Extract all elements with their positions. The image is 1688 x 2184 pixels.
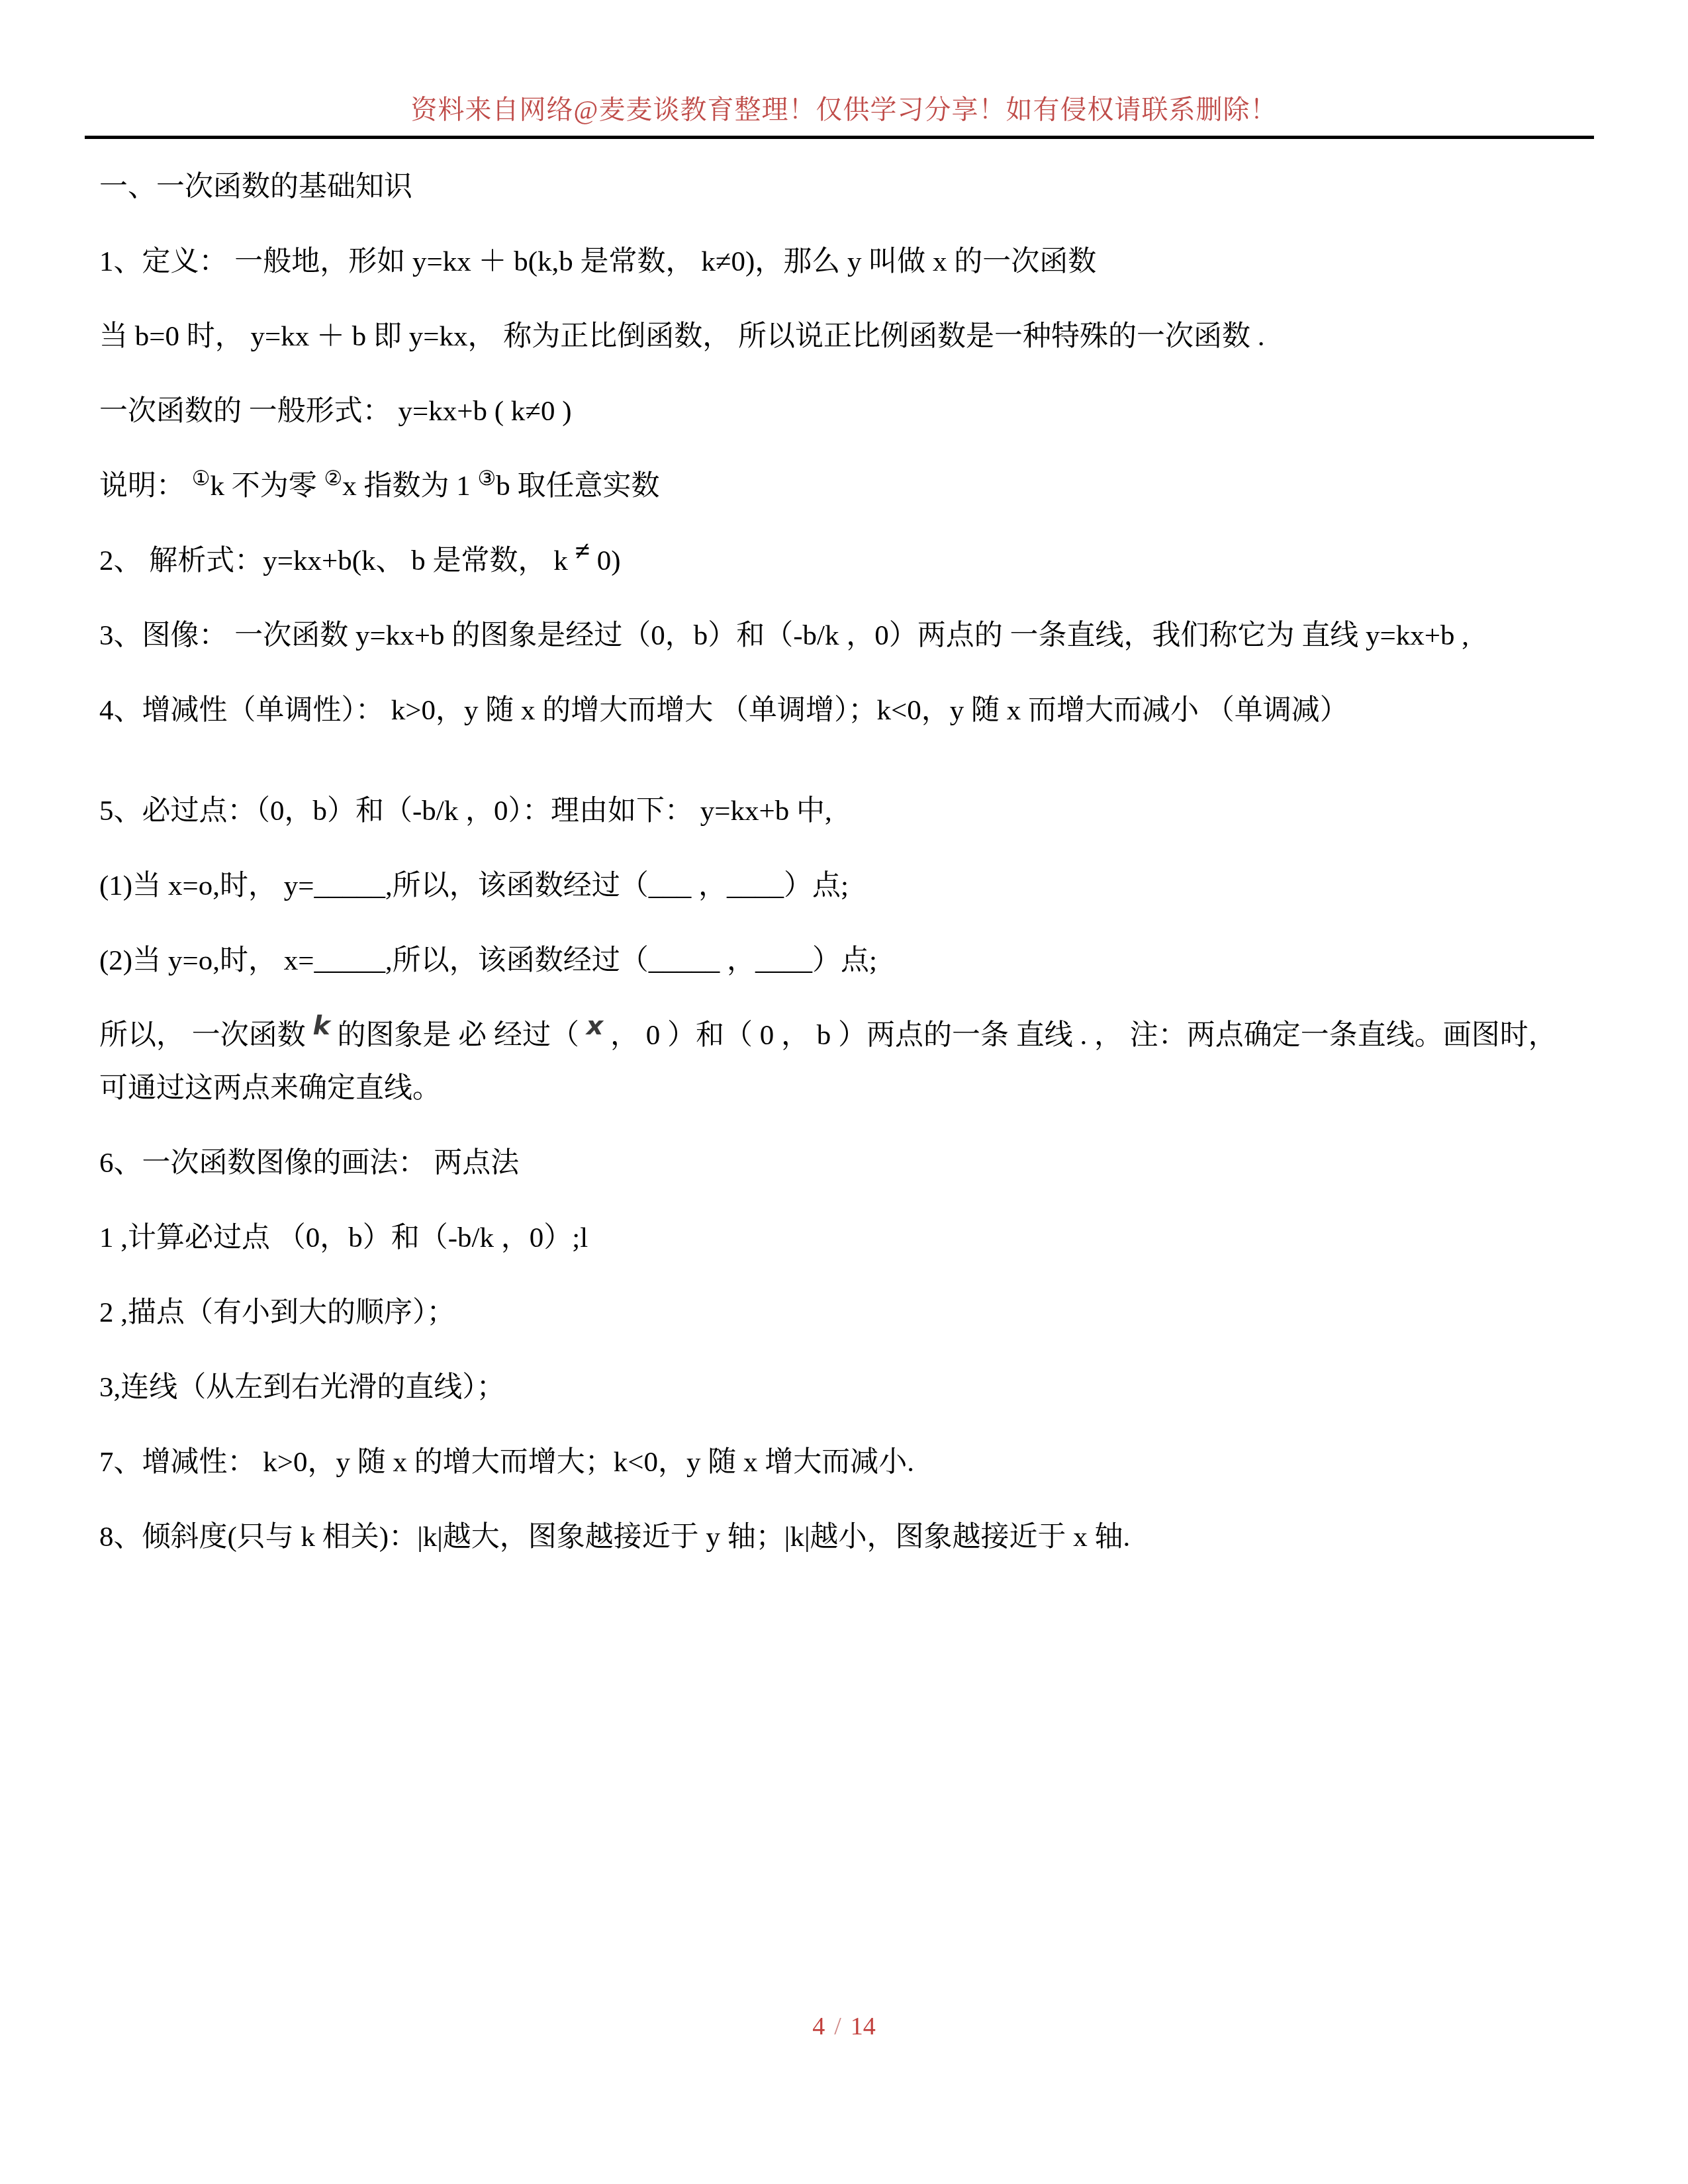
variable-k-formula: k [313,1011,330,1041]
notes-item-1: k 不为零 [211,471,324,502]
paragraph-special-case: 当 b=0 时， y=kx ＋ b 即 y=kx， 称为正比倒函数， 所以说正比… [99,310,1575,363]
paragraph-slope: 8、倾斜度(只与 k 相关)：|k|越大，图象越接近于 y 轴；|k|越小，图象… [99,1511,1575,1564]
analytic-prefix: 2、 解析式：y=kx+b(k、 b 是常数， k [99,545,575,576]
circled-one-marker: ① [192,467,211,490]
paragraph-case2: (2)当 y=o,时， x=_____,所以，该函数经过（_____ ，____… [99,934,1575,987]
paragraph-definition: 1、定义： 一般地，形如 y=kx ＋ b(k,b 是常数， k≠0)，那么 y… [99,236,1575,289]
page-separator: / [825,2013,851,2040]
paragraph-monotonicity2: 7、增减性： k>0，y 随 x 的增大而增大；k<0，y 随 x 增大而减小. [99,1436,1575,1489]
paragraph-case1: (1)当 x=o,时， y=_____,所以，该函数经过（___ ，____）点… [99,860,1575,913]
conclusion-middle: 的图象是 必 经过（ [330,1020,586,1051]
paragraph-conclusion: 所以， 一次函数 k 的图象是 必 经过（ x ， 0 ）和（ 0 ， b ）两… [99,1009,1575,1115]
analytic-suffix: 0) [590,545,621,576]
document-body: 一、一次函数的基础知识 1、定义： 一般地，形如 y=kx ＋ b(k,b 是常… [99,161,1575,1586]
paragraph-step1: 1 ,计算必过点 （0，b）和（-b/k ，0）;l [99,1212,1575,1265]
paragraph-drawing-method: 6、一次函数图像的画法： 两点法 [99,1137,1575,1190]
total-pages: 14 [851,2013,876,2040]
paragraph-fixed-points: 5、必过点：（0，b）和（-b/k ，0）：理由如下： y=kx+b 中, [99,785,1575,838]
paragraph-step2: 2 ,描点（有小到大的顺序）； [99,1287,1575,1340]
page-footer: 4/14 [0,2012,1688,2041]
notes-item-2: x 指数为 1 [342,471,477,502]
paragraph-analytic-expression: 2、 解析式：y=kx+b(k、 b 是常数， k ≠ 0) [99,535,1575,588]
circled-three-marker: ③ [478,467,496,490]
paragraph-step3: 3,连线（从左到右光滑的直线）； [99,1361,1575,1414]
paragraph-graph: 3、图像： 一次函数 y=kx+b 的图象是经过（0，b）和（-b/k ，0）两… [99,610,1575,662]
notes-item-3: b 取任意实数 [496,471,659,502]
page-number: 4 [812,2013,825,2040]
conclusion-prefix: 所以， 一次函数 [99,1020,313,1051]
circled-two-marker: ② [324,467,343,490]
document-page: 资料来自网络@麦麦谈教育整理！仅供学习分享！如有侵权请联系删除！ 一、一次函数的… [0,0,1688,2184]
paragraph-monotonicity: 4、增减性（单调性）： k>0，y 随 x 的增大而增大 （单调增）；k<0，y… [99,684,1575,737]
notes-prefix: 说明： [99,471,192,502]
header-notice: 资料来自网络@麦麦谈教育整理！仅供学习分享！如有侵权请联系删除！ [0,91,1688,128]
paragraph-notes: 说明： ①k 不为零 ②x 指数为 1 ③b 取任意实数 [99,460,1575,513]
not-equal-symbol: ≠ [575,536,590,566]
variable-x-formula: x [586,1011,604,1041]
header-rule [85,136,1594,139]
section-title: 一、一次函数的基础知识 [99,161,1575,214]
paragraph-general-form: 一次函数的 一般形式： y=kx+b ( k≠0 ) [99,385,1575,438]
